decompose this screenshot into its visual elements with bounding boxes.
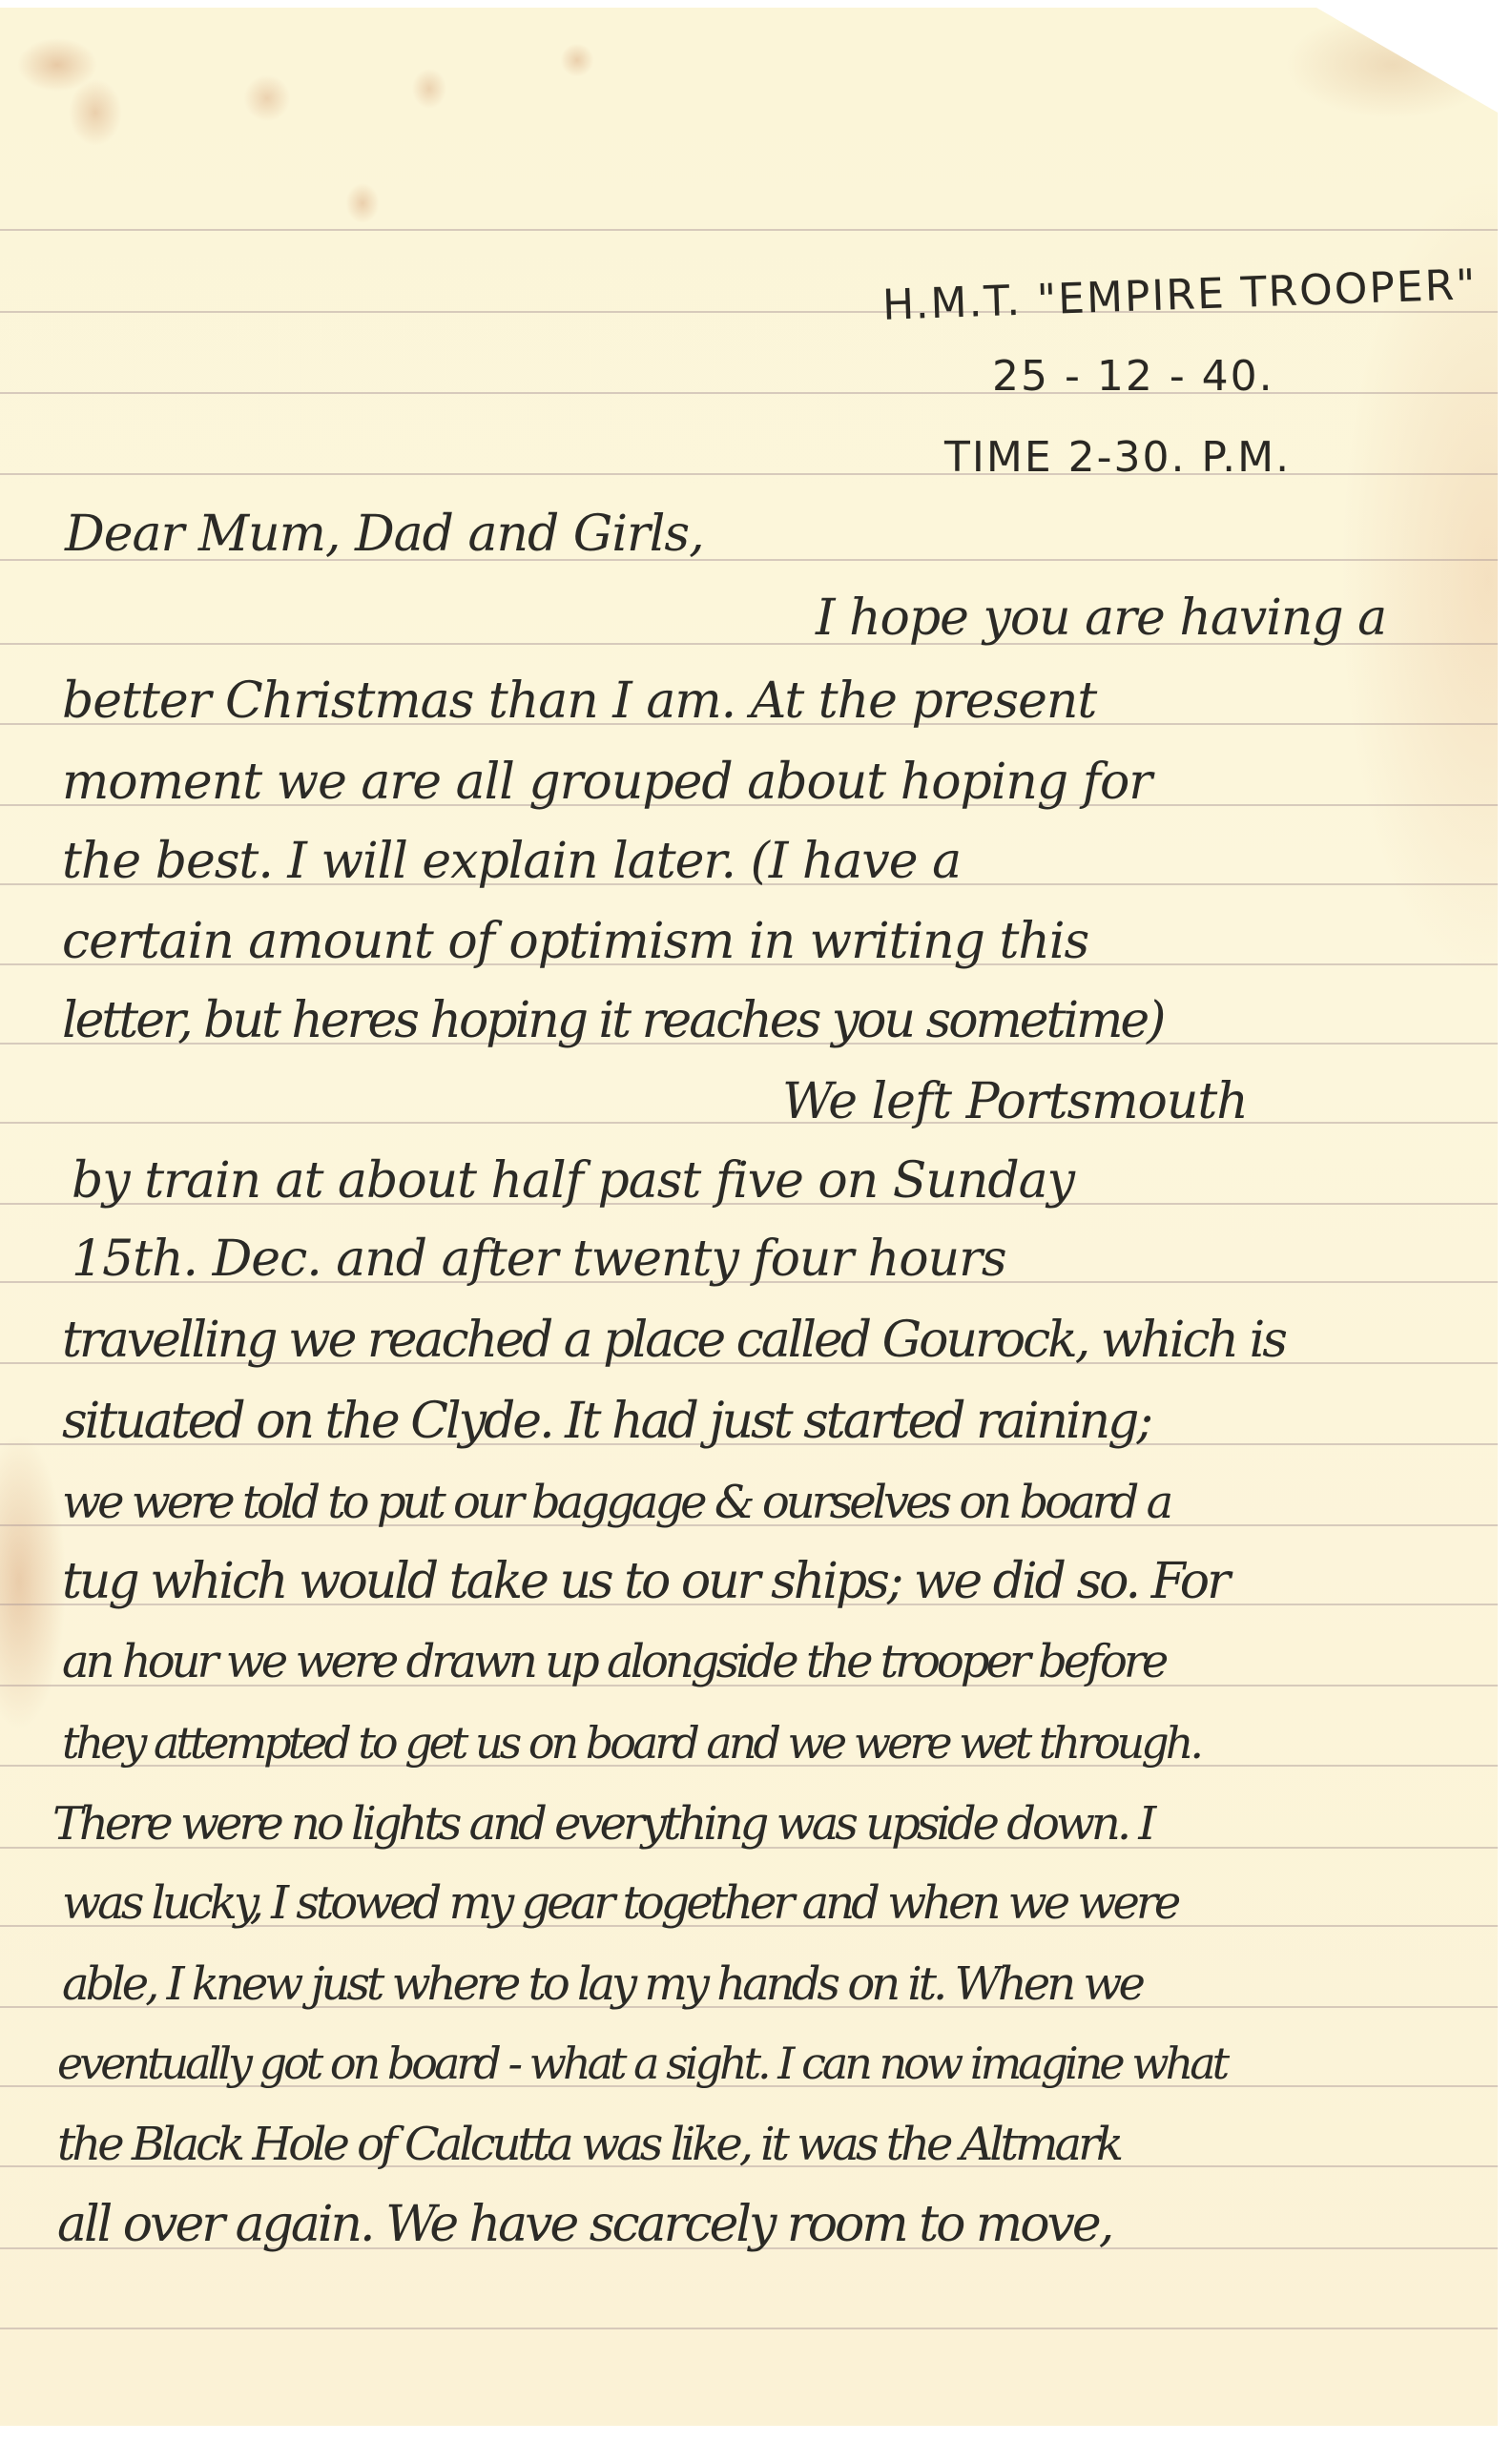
header-date: 25 - 12 - 40.: [992, 348, 1274, 405]
letter-line: we were told to put our baggage & oursel…: [62, 1474, 1170, 1531]
letter-line: the best. I will explain later. (I have …: [62, 833, 961, 890]
ruled-line: [0, 1122, 1498, 1124]
letter-line: the Black Hole of Calcutta was like, it …: [57, 2116, 1120, 2173]
letter-line: was lucky, I stowed my gear together and…: [62, 1874, 1177, 1932]
letter-line: travelling we reached a place called Gou…: [62, 1312, 1285, 1369]
letter-line: able, I knew just where to lay my hands …: [62, 1956, 1142, 2013]
letter-line: I hope you are having a: [816, 590, 1386, 647]
letter-line: There were no lights and everything was …: [52, 1795, 1152, 1852]
letter-line: moment we are all grouped about hoping f…: [62, 754, 1151, 811]
letter-line: by train at about half past five on Sund…: [72, 1152, 1074, 1210]
ruled-line: [0, 2328, 1498, 2329]
letter-line: situated on the Clyde. It had just start…: [62, 1393, 1150, 1450]
header-time: TIME 2-30. P.M.: [944, 429, 1291, 486]
letter-line: letter, but heres hoping it reaches you …: [62, 992, 1163, 1049]
letter-line: better Christmas than I am. At the prese…: [62, 673, 1096, 730]
letter-line: tug which would take us to our ships; we…: [62, 1553, 1228, 1610]
letter-line: all over again. We have scarcely room to…: [57, 2196, 1111, 2253]
salutation: Dear Mum, Dad and Girls,: [65, 506, 704, 563]
letter-line: We left Portsmouth: [782, 1073, 1248, 1130]
letter-line: 15th. Dec. and after twenty four hours: [72, 1231, 1006, 1288]
letter-line: an hour we were drawn up alongside the t…: [62, 1633, 1165, 1690]
letter-line: they attempted to get us on board and we…: [62, 1714, 1200, 1771]
letter-line: eventually got on board - what a sight. …: [57, 2035, 1226, 2092]
letter-line: certain amount of optimism in writing th…: [62, 913, 1088, 970]
ruled-line: [0, 229, 1498, 231]
